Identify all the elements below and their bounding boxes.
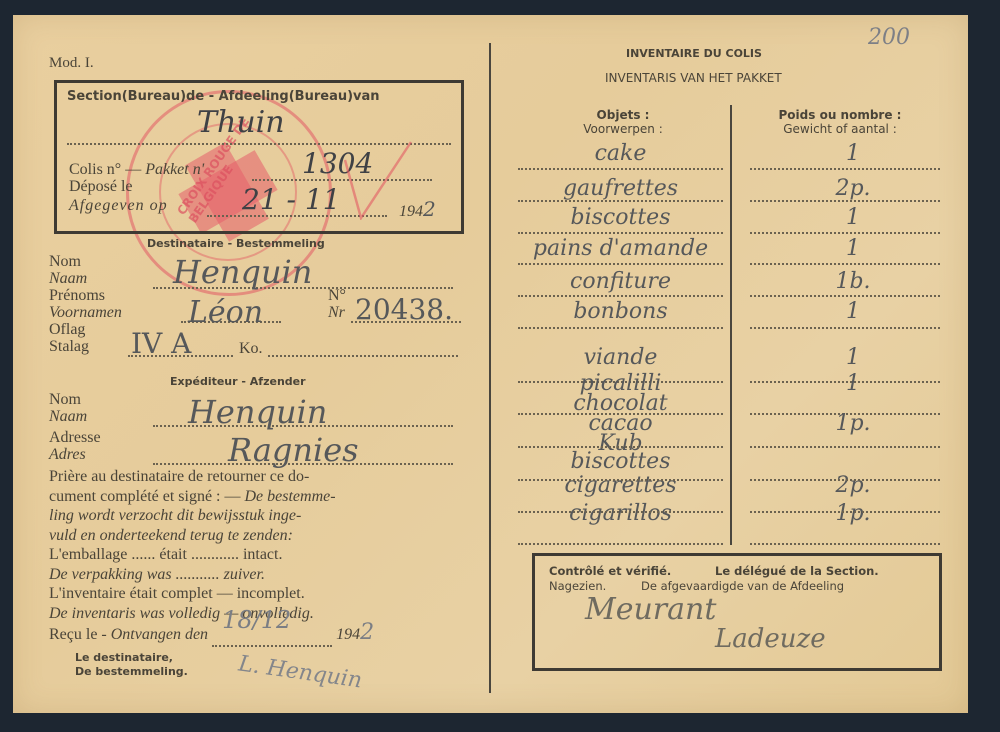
- control-box: Contrôlé et vérifié. Le délégué de la Se…: [532, 553, 942, 671]
- afgevaardigde-label: De afgevaardigde van de Afdeeling: [641, 579, 844, 593]
- deposit-year: 2: [423, 197, 436, 221]
- depose-label: Déposé le: [69, 178, 133, 196]
- colis-label: Colis n° —: [69, 161, 141, 178]
- red-check-icon: [343, 140, 413, 220]
- inventory-list: cake1 gaufrettes2p. biscottes1 pains d'a…: [518, 135, 938, 555]
- inventory-title-fr: INVENTAIRE DU COLIS: [626, 47, 762, 60]
- return-instructions: Prière au destinataire de retourner ce d…: [49, 467, 374, 647]
- delegate-signature-2: Ladeuze: [715, 624, 826, 654]
- inventory-title-nl: INVENTARIS VAN HET PAKKET: [605, 71, 782, 85]
- inventory-status-fr: L'inventaire était complet — incomplet.: [49, 584, 374, 604]
- center-divider: [489, 43, 491, 693]
- pencil-number: 200: [868, 25, 910, 50]
- recipient-heading: Destinataire - Bestemmeling: [147, 237, 325, 250]
- deposit-date: 21 - 11: [242, 183, 341, 216]
- received-date: 18/12: [222, 611, 291, 631]
- section-header: Section(Bureau)de - Afdeeling(Bureau)van: [67, 89, 380, 104]
- sender-address: Ragnies: [228, 431, 359, 469]
- stalag-value: IV A: [131, 327, 191, 360]
- ko-label: Ko.: [239, 340, 263, 358]
- afgegeven-label: Afgegeven op: [69, 197, 168, 215]
- received-line: Reçu le - Ontvangen den 18/12 1942: [49, 623, 374, 647]
- pakket-label: Pakket n': [145, 161, 204, 178]
- packaging-status-nl: De verpakking was ........... zuiver.: [49, 565, 374, 585]
- recipient-first-name: Léon: [188, 295, 263, 330]
- quantity-column-header: Poids ou nombre : Gewicht of aantal :: [755, 108, 925, 136]
- inventory-status-nl: De inventaris was volledig — onvolledig.: [49, 604, 374, 624]
- delegue-label: Le délégué de la Section.: [715, 564, 879, 578]
- parcel-receipt-form: Mod. I. 200 CROIX ROUGE DE BELGIQUE Sect…: [13, 15, 968, 713]
- objects-column-header: Objets : Voorwerpen :: [568, 108, 678, 136]
- sender-name: Henquin: [188, 393, 327, 431]
- recipient-signature: L. Henquin: [237, 651, 364, 693]
- delegate-signature-1: Meurant: [585, 592, 716, 627]
- packaging-status-fr: L'emballage ...... était ............ in…: [49, 545, 374, 565]
- controle-label: Contrôlé et vérifié.: [549, 564, 671, 578]
- recipient-name: Henquin: [173, 253, 312, 291]
- sender-heading: Expéditeur - Afzender: [170, 375, 306, 388]
- form-model: Mod. I.: [49, 55, 94, 72]
- section-name: Thuin: [197, 105, 285, 140]
- nagezien-label: Nagezien.: [549, 579, 606, 593]
- pow-number: 20438.: [355, 293, 453, 326]
